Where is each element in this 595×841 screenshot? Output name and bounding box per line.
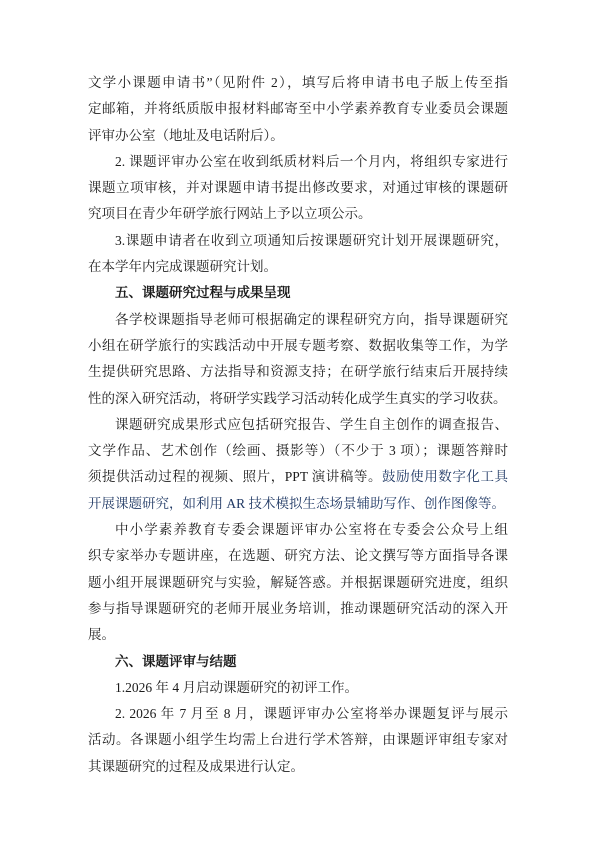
- text-run: 文学小课题申请书”（见附件 2），填写后将申请书电子版上传至指: [88, 75, 508, 90]
- text-line: 在本学年内完成课题研究计划。: [88, 254, 508, 280]
- text-line: 须提供活动过程的视频、照片，PPT 演讲稿等。鼓励使用数字化工具: [88, 464, 508, 490]
- section-heading: 六、课题评审与结题: [88, 649, 508, 675]
- text-run: 题小组开展课题研究与实验，解疑答惑。并根据课题研究进度，组织: [88, 575, 508, 590]
- text-line: 生提供研究思路、方法指导和资源支持；在研学旅行结束后开展持续: [88, 359, 508, 385]
- paragraph: 文学小课题申请书”（见附件 2），填写后将申请书电子版上传至指定邮箱，并将纸质版…: [88, 70, 508, 149]
- text-run: 课题研究成果形式应包括研究报告、学生自主创作的调查报告、: [115, 417, 508, 432]
- text-run: 文学作品、艺术创作（绘画、摄影等）（不少于 3 项）；课题答辩时: [88, 443, 508, 458]
- highlighted-text-run: 开展课题研究，如利用 AR 技术模拟生态场景辅助写作、创作图像等。: [88, 496, 505, 511]
- text-run: 其课题研究的过程及成果进行认定。: [88, 759, 304, 774]
- paragraph: 2. 2026 年 7 月至 8 月，课题评审办公室将举办课题复评与展示活动。各…: [88, 701, 508, 780]
- text-run: 定邮箱，并将纸质版申报材料邮寄至中小学素养教育专业委员会课题: [88, 101, 508, 116]
- text-line: 1.2026 年 4 月启动课题研究的初评工作。: [88, 675, 508, 701]
- text-run: 1.2026 年 4 月启动课题研究的初评工作。: [115, 680, 358, 695]
- text-run: 性的深入研究活动，将研学实践学习活动转化成学生真实的学习收获。: [88, 391, 507, 406]
- text-run: 生提供研究思路、方法指导和资源支持；在研学旅行结束后开展持续: [88, 364, 508, 379]
- paragraph: 2. 课题评审办公室在收到纸质材料后一个月内，将组织专家进行课题立项审核，并对课…: [88, 149, 508, 228]
- paragraph: 3.课题申请者在收到立项通知后按课题研究计划开展课题研究，在本学年内完成课题研究…: [88, 228, 508, 281]
- text-line: 性的深入研究活动，将研学实践学习活动转化成学生真实的学习收获。: [88, 386, 508, 412]
- paragraph: 各学校课题指导老师可根据确定的课程研究方向，指导课题研究小组在研学旅行的实践活动…: [88, 307, 508, 412]
- paragraph: 1.2026 年 4 月启动课题研究的初评工作。: [88, 675, 508, 701]
- text-run: 各学校课题指导老师可根据确定的课程研究方向，指导课题研究: [115, 312, 508, 327]
- text-run: 织专家举办专题讲座，在选题、研究方法、论文撰写等方面指导各课: [88, 548, 508, 563]
- text-line: 其课题研究的过程及成果进行认定。: [88, 754, 508, 780]
- text-line: 究项目在青少年研学旅行网站上予以立项公示。: [88, 201, 508, 227]
- text-line: 2. 课题评审办公室在收到纸质材料后一个月内，将组织专家进行: [88, 149, 508, 175]
- section-heading: 五、课题研究过程与成果呈现: [88, 280, 508, 306]
- highlighted-text-run: 鼓励使用数字化工具: [382, 469, 508, 484]
- text-line: 课题研究成果形式应包括研究报告、学生自主创作的调查报告、: [88, 412, 508, 438]
- text-line: 题小组开展课题研究与实验，解疑答惑。并根据课题研究进度，组织: [88, 570, 508, 596]
- text-run: 中小学素养教育专委会课题评审办公室将在专委会公众号上组: [115, 522, 508, 537]
- text-line: 各学校课题指导老师可根据确定的课程研究方向，指导课题研究: [88, 307, 508, 333]
- text-line: 中小学素养教育专委会课题评审办公室将在专委会公众号上组: [88, 517, 508, 543]
- text-run: 在本学年内完成课题研究计划。: [88, 259, 277, 274]
- text-line: 活动。各课题小组学生均需上台进行学术答辩，由课题评审组专家对: [88, 727, 508, 753]
- text-run: 2. 2026 年 7 月至 8 月，课题评审办公室将举办课题复评与展示: [115, 706, 508, 721]
- text-line: 定邮箱，并将纸质版申报材料邮寄至中小学素养教育专业委员会课题: [88, 96, 508, 122]
- text-line: 评审办公室（地址及电话附后）。: [88, 123, 508, 149]
- text-line: 参与指导课题研究的老师开展业务培训，推动课题研究活动的深入开: [88, 596, 508, 622]
- text-run: 评审办公室（地址及电话附后）。: [88, 128, 284, 143]
- text-line: 课题立项审核，并对课题申请书提出修改要求，对通过审核的课题研: [88, 175, 508, 201]
- text-run: 参与指导课题研究的老师开展业务培训，推动课题研究活动的深入开: [88, 601, 508, 616]
- text-run: 活动。各课题小组学生均需上台进行学术答辩，由课题评审组专家对: [88, 732, 508, 747]
- text-line: 文学小课题申请书”（见附件 2），填写后将申请书电子版上传至指: [88, 70, 508, 96]
- text-line: 2. 2026 年 7 月至 8 月，课题评审办公室将举办课题复评与展示: [88, 701, 508, 727]
- text-run: 课题立项审核，并对课题申请书提出修改要求，对通过审核的课题研: [88, 180, 508, 195]
- text-line: 织专家举办专题讲座，在选题、研究方法、论文撰写等方面指导各课: [88, 543, 508, 569]
- text-line: 开展课题研究，如利用 AR 技术模拟生态场景辅助写作、创作图像等。: [88, 491, 508, 517]
- text-run: 3.课题申请者在收到立项通知后按课题研究计划开展课题研究，: [115, 233, 508, 248]
- text-run: 须提供活动过程的视频、照片，PPT 演讲稿等。: [88, 469, 382, 484]
- document-page: 文学小课题申请书”（见附件 2），填写后将申请书电子版上传至指定邮箱，并将纸质版…: [0, 0, 595, 841]
- text-run: 究项目在青少年研学旅行网站上予以立项公示。: [88, 206, 372, 221]
- document-content: 文学小课题申请书”（见附件 2），填写后将申请书电子版上传至指定邮箱，并将纸质版…: [88, 70, 508, 780]
- text-run: 小组在研学旅行的实践活动中开展专题考察、数据收集等工作，为学: [88, 338, 508, 353]
- text-line: 3.课题申请者在收到立项通知后按课题研究计划开展课题研究，: [88, 228, 508, 254]
- paragraph: 中小学素养教育专委会课题评审办公室将在专委会公众号上组织专家举办专题讲座，在选题…: [88, 517, 508, 648]
- text-run: 2. 课题评审办公室在收到纸质材料后一个月内，将组织专家进行: [115, 154, 508, 169]
- paragraph: 课题研究成果形式应包括研究报告、学生自主创作的调查报告、文学作品、艺术创作（绘画…: [88, 412, 508, 517]
- text-run: 展。: [88, 627, 115, 642]
- text-line: 展。: [88, 622, 508, 648]
- text-line: 小组在研学旅行的实践活动中开展专题考察、数据收集等工作，为学: [88, 333, 508, 359]
- text-line: 文学作品、艺术创作（绘画、摄影等）（不少于 3 项）；课题答辩时: [88, 438, 508, 464]
